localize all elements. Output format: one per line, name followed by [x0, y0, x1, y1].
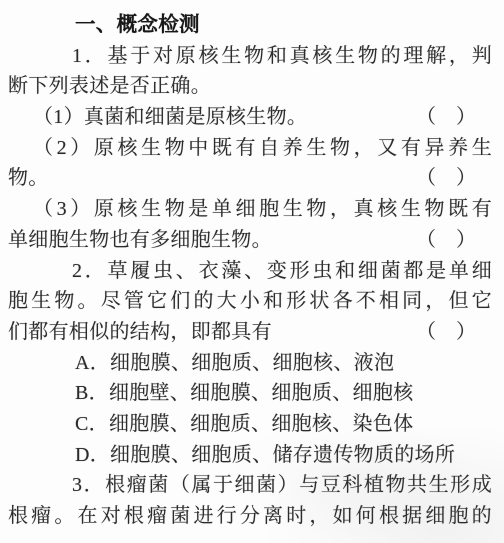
answer-bracket: （ ）	[416, 225, 476, 256]
line-text: 2．草履虫、衣藻、变形虫和细菌都是单细	[72, 260, 492, 282]
line-text: 3．根瘤菌（属于细菌）与豆科植物共生形成	[72, 474, 492, 496]
question-2-line-3: 们都有相似的结构，即都具有 （ ）	[8, 317, 492, 348]
line-text: D．细胞膜、细胞质、储存遗传物质的场所	[75, 444, 455, 466]
line-text: （2）原核生物中既有自养生物，又有异养生	[33, 137, 492, 159]
question-2-line-1: 2．草履虫、衣藻、变形虫和细菌都是单细	[8, 256, 492, 287]
statement-3-line-1: （3）原核生物是单细胞生物，真核生物既有	[8, 194, 492, 225]
line-text: 断下列表述是否正确。	[8, 75, 211, 97]
question-2-line-2: 胞生物。尽管它们的大小和形状各不相同，但它	[8, 286, 492, 317]
answer-bracket: （ ）	[416, 102, 476, 133]
line-text: 物。	[8, 163, 49, 194]
line-text: A．细胞膜、细胞质、细胞核、液泡	[75, 352, 394, 374]
line-text: 胞生物。尽管它们的大小和形状各不相同，但它	[8, 290, 492, 312]
line-text: 1．基于对原核生物和真核生物的理解，判	[72, 45, 492, 67]
option-d: D．细胞膜、细胞质、储存遗传物质的场所	[8, 440, 492, 471]
answer-bracket: （ ）	[416, 163, 476, 194]
statement-2-line-1: （2）原核生物中既有自养生物，又有异养生	[8, 133, 492, 164]
option-c: C．细胞膜、细胞质、细胞核、染色体	[8, 409, 492, 440]
question-1-line-2: 断下列表述是否正确。	[8, 71, 492, 102]
line-text: 单细胞生物也有多细胞生物。	[8, 225, 272, 256]
answer-bracket: （ ）	[416, 317, 476, 348]
line-text: 根瘤。在对根瘤菌进行分离时，如何根据细胞的	[8, 505, 492, 527]
section-heading: 一、概念检测	[8, 10, 492, 41]
question-1-line-1: 1．基于对原核生物和真核生物的理解，判	[8, 41, 492, 72]
statement-2-line-2: 物。 （ ）	[8, 163, 492, 194]
question-3-line-1: 3．根瘤菌（属于细菌）与豆科植物共生形成	[8, 470, 492, 501]
statement-1: （1）真菌和细菌是原核生物。 （ ）	[8, 102, 492, 133]
option-a: A．细胞膜、细胞质、细胞核、液泡	[8, 348, 492, 379]
statement-3-line-2: 单细胞生物也有多细胞生物。 （ ）	[8, 225, 492, 256]
line-text: B．细胞壁、细胞膜、细胞质、细胞核	[75, 382, 413, 404]
line-text: C．细胞膜、细胞质、细胞核、染色体	[75, 413, 413, 435]
line-text: （1）真菌和细菌是原核生物。	[33, 102, 307, 133]
textbook-page: 一、概念检测 1．基于对原核生物和真核生物的理解，判 断下列表述是否正确。 （1…	[0, 0, 504, 543]
line-text: 们都有相似的结构，即都具有	[8, 317, 272, 348]
option-b: B．细胞壁、细胞膜、细胞质、细胞核	[8, 378, 492, 409]
section-heading-text: 一、概念检测	[75, 13, 200, 36]
line-text: （3）原核生物是单细胞生物，真核生物既有	[33, 198, 492, 220]
question-3-line-2: 根瘤。在对根瘤菌进行分离时，如何根据细胞的	[8, 501, 492, 532]
